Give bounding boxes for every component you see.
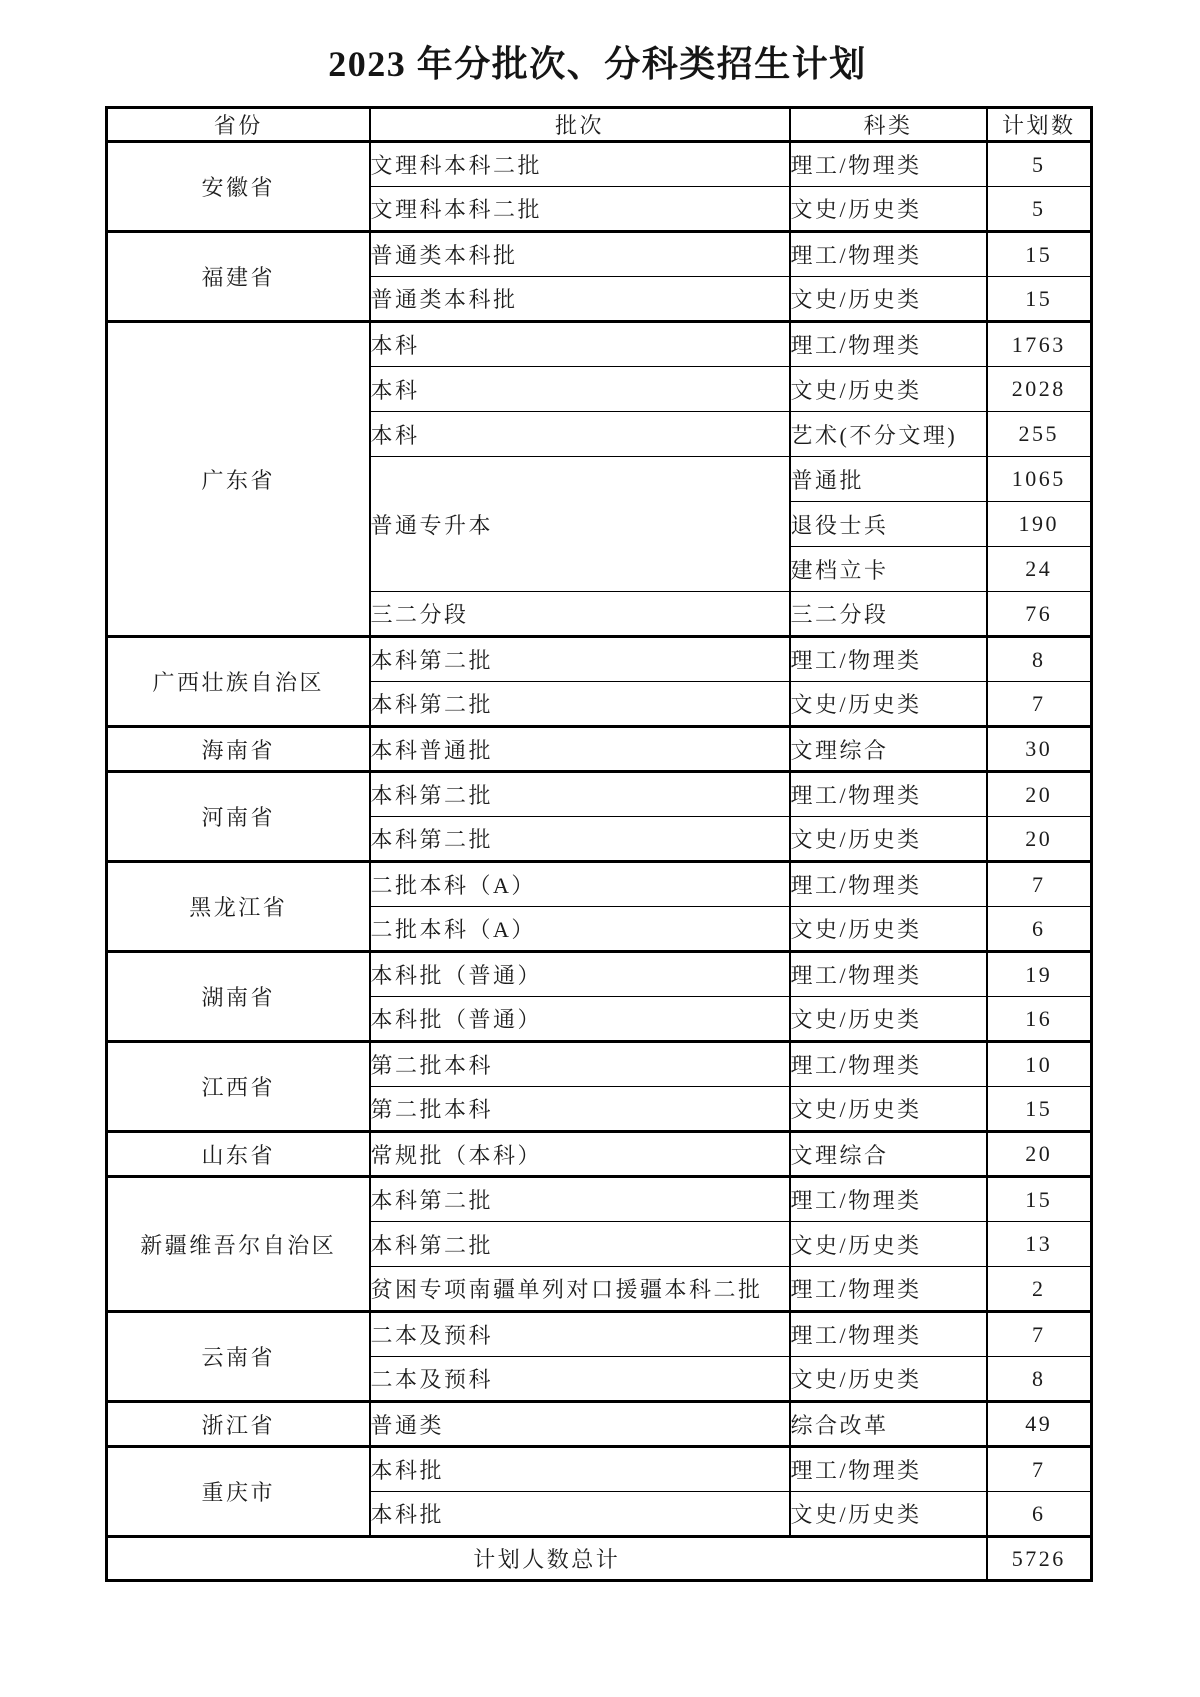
category-cell: 文史/历史类 bbox=[790, 997, 987, 1042]
province-cell: 山东省 bbox=[107, 1132, 370, 1177]
province-cell: 浙江省 bbox=[107, 1402, 370, 1447]
count-cell: 20 bbox=[987, 817, 1092, 862]
count-cell: 5 bbox=[987, 187, 1092, 232]
table-row: 海南省本科普通批文理综合30 bbox=[107, 727, 1092, 772]
column-header: 省份 bbox=[107, 108, 370, 142]
page-title: 2023 年分批次、分科类招生计划 bbox=[105, 38, 1090, 90]
category-cell: 文史/历史类 bbox=[790, 1492, 987, 1537]
count-cell: 255 bbox=[987, 412, 1092, 457]
batch-cell: 二批本科（A） bbox=[370, 907, 790, 952]
category-cell: 理工/物理类 bbox=[790, 637, 987, 682]
count-cell: 24 bbox=[987, 547, 1092, 592]
category-cell: 文理综合 bbox=[790, 727, 987, 772]
batch-cell: 文理科本科二批 bbox=[370, 142, 790, 187]
province-cell: 福建省 bbox=[107, 232, 370, 322]
table-row: 广西壮族自治区本科第二批理工/物理类8 bbox=[107, 637, 1092, 682]
count-cell: 16 bbox=[987, 997, 1092, 1042]
category-cell: 三二分段 bbox=[790, 592, 987, 637]
count-cell: 30 bbox=[987, 727, 1092, 772]
table-row: 黑龙江省二批本科（A）理工/物理类7 bbox=[107, 862, 1092, 907]
category-cell: 文史/历史类 bbox=[790, 1222, 987, 1267]
batch-cell: 普通类 bbox=[370, 1402, 790, 1447]
province-cell: 新疆维吾尔自治区 bbox=[107, 1177, 370, 1312]
province-cell: 云南省 bbox=[107, 1312, 370, 1402]
batch-cell: 二本及预科 bbox=[370, 1357, 790, 1402]
column-header: 批次 bbox=[370, 108, 790, 142]
count-cell: 8 bbox=[987, 1357, 1092, 1402]
count-cell: 20 bbox=[987, 772, 1092, 817]
province-cell: 广东省 bbox=[107, 322, 370, 637]
category-cell: 理工/物理类 bbox=[790, 1042, 987, 1087]
category-cell: 理工/物理类 bbox=[790, 1312, 987, 1357]
category-cell: 理工/物理类 bbox=[790, 772, 987, 817]
count-cell: 49 bbox=[987, 1402, 1092, 1447]
category-cell: 理工/物理类 bbox=[790, 232, 987, 277]
category-cell: 文史/历史类 bbox=[790, 1357, 987, 1402]
count-cell: 15 bbox=[987, 1087, 1092, 1132]
category-cell: 文史/历史类 bbox=[790, 682, 987, 727]
batch-cell: 贫困专项南疆单列对口援疆本科二批 bbox=[370, 1267, 790, 1312]
batch-cell: 本科 bbox=[370, 412, 790, 457]
category-cell: 理工/物理类 bbox=[790, 322, 987, 367]
category-cell: 文史/历史类 bbox=[790, 277, 987, 322]
category-cell: 建档立卡 bbox=[790, 547, 987, 592]
batch-cell: 本科 bbox=[370, 367, 790, 412]
total-row: 计划人数总计5726 bbox=[107, 1537, 1092, 1581]
count-cell: 2028 bbox=[987, 367, 1092, 412]
table-body: 安徽省文理科本科二批理工/物理类5文理科本科二批文史/历史类5福建省普通类本科批… bbox=[107, 142, 1092, 1581]
batch-cell: 本科批 bbox=[370, 1447, 790, 1492]
table-row: 重庆市本科批理工/物理类7 bbox=[107, 1447, 1092, 1492]
batch-cell: 常规批（本科） bbox=[370, 1132, 790, 1177]
batch-cell: 普通类本科批 bbox=[370, 277, 790, 322]
count-cell: 2 bbox=[987, 1267, 1092, 1312]
category-cell: 理工/物理类 bbox=[790, 1447, 987, 1492]
count-cell: 8 bbox=[987, 637, 1092, 682]
count-cell: 76 bbox=[987, 592, 1092, 637]
province-cell: 江西省 bbox=[107, 1042, 370, 1132]
column-header: 计划数 bbox=[987, 108, 1092, 142]
category-cell: 理工/物理类 bbox=[790, 952, 987, 997]
category-cell: 文史/历史类 bbox=[790, 907, 987, 952]
count-cell: 15 bbox=[987, 1177, 1092, 1222]
count-cell: 7 bbox=[987, 1447, 1092, 1492]
province-cell: 重庆市 bbox=[107, 1447, 370, 1537]
column-header: 科类 bbox=[790, 108, 987, 142]
count-cell: 20 bbox=[987, 1132, 1092, 1177]
table-row: 山东省常规批（本科）文理综合20 bbox=[107, 1132, 1092, 1177]
province-cell: 湖南省 bbox=[107, 952, 370, 1042]
count-cell: 6 bbox=[987, 907, 1092, 952]
batch-cell: 普通类本科批 bbox=[370, 232, 790, 277]
category-cell: 综合改革 bbox=[790, 1402, 987, 1447]
document-page: 2023 年分批次、分科类招生计划 省份批次科类计划数 安徽省文理科本科二批理工… bbox=[105, 0, 1090, 1582]
batch-cell: 第二批本科 bbox=[370, 1087, 790, 1132]
batch-cell: 二批本科（A） bbox=[370, 862, 790, 907]
province-cell: 海南省 bbox=[107, 727, 370, 772]
category-cell: 普通批 bbox=[790, 457, 987, 502]
table-row: 河南省本科第二批理工/物理类20 bbox=[107, 772, 1092, 817]
category-cell: 退役士兵 bbox=[790, 502, 987, 547]
table-row: 福建省普通类本科批理工/物理类15 bbox=[107, 232, 1092, 277]
batch-cell: 本科第二批 bbox=[370, 817, 790, 862]
batch-cell: 三二分段 bbox=[370, 592, 790, 637]
category-cell: 文史/历史类 bbox=[790, 367, 987, 412]
batch-cell: 本科第二批 bbox=[370, 1177, 790, 1222]
count-cell: 1065 bbox=[987, 457, 1092, 502]
category-cell: 文史/历史类 bbox=[790, 817, 987, 862]
province-cell: 河南省 bbox=[107, 772, 370, 862]
count-cell: 5 bbox=[987, 142, 1092, 187]
count-cell: 190 bbox=[987, 502, 1092, 547]
category-cell: 文理综合 bbox=[790, 1132, 987, 1177]
table-row: 江西省第二批本科理工/物理类10 bbox=[107, 1042, 1092, 1087]
batch-cell: 本科批（普通） bbox=[370, 997, 790, 1042]
province-cell: 安徽省 bbox=[107, 142, 370, 232]
table-row: 浙江省普通类综合改革49 bbox=[107, 1402, 1092, 1447]
batch-cell: 本科批 bbox=[370, 1492, 790, 1537]
count-cell: 15 bbox=[987, 277, 1092, 322]
batch-cell: 文理科本科二批 bbox=[370, 187, 790, 232]
table-row: 云南省二本及预科理工/物理类7 bbox=[107, 1312, 1092, 1357]
batch-cell: 本科第二批 bbox=[370, 772, 790, 817]
province-cell: 广西壮族自治区 bbox=[107, 637, 370, 727]
category-cell: 理工/物理类 bbox=[790, 142, 987, 187]
count-cell: 7 bbox=[987, 1312, 1092, 1357]
table-row: 广东省本科理工/物理类1763 bbox=[107, 322, 1092, 367]
table-row: 安徽省文理科本科二批理工/物理类5 bbox=[107, 142, 1092, 187]
category-cell: 理工/物理类 bbox=[790, 1267, 987, 1312]
total-label: 计划人数总计 bbox=[107, 1537, 987, 1581]
category-cell: 理工/物理类 bbox=[790, 862, 987, 907]
count-cell: 15 bbox=[987, 232, 1092, 277]
count-cell: 6 bbox=[987, 1492, 1092, 1537]
count-cell: 7 bbox=[987, 862, 1092, 907]
batch-cell: 本科 bbox=[370, 322, 790, 367]
batch-cell: 本科第二批 bbox=[370, 682, 790, 727]
batch-cell: 普通专升本 bbox=[370, 457, 790, 592]
count-cell: 19 bbox=[987, 952, 1092, 997]
category-cell: 艺术(不分文理) bbox=[790, 412, 987, 457]
batch-cell: 本科批（普通） bbox=[370, 952, 790, 997]
count-cell: 7 bbox=[987, 682, 1092, 727]
batch-cell: 二本及预科 bbox=[370, 1312, 790, 1357]
header-row: 省份批次科类计划数 bbox=[107, 108, 1092, 142]
province-cell: 黑龙江省 bbox=[107, 862, 370, 952]
batch-cell: 第二批本科 bbox=[370, 1042, 790, 1087]
category-cell: 文史/历史类 bbox=[790, 1087, 987, 1132]
batch-cell: 本科第二批 bbox=[370, 637, 790, 682]
count-cell: 13 bbox=[987, 1222, 1092, 1267]
category-cell: 理工/物理类 bbox=[790, 1177, 987, 1222]
count-cell: 1763 bbox=[987, 322, 1092, 367]
count-cell: 10 bbox=[987, 1042, 1092, 1087]
batch-cell: 本科第二批 bbox=[370, 1222, 790, 1267]
enrollment-plan-table: 省份批次科类计划数 安徽省文理科本科二批理工/物理类5文理科本科二批文史/历史类… bbox=[105, 106, 1093, 1582]
batch-cell: 本科普通批 bbox=[370, 727, 790, 772]
table-row: 湖南省本科批（普通）理工/物理类19 bbox=[107, 952, 1092, 997]
category-cell: 文史/历史类 bbox=[790, 187, 987, 232]
total-count: 5726 bbox=[987, 1537, 1092, 1581]
table-row: 新疆维吾尔自治区本科第二批理工/物理类15 bbox=[107, 1177, 1092, 1222]
table-header: 省份批次科类计划数 bbox=[107, 108, 1092, 142]
